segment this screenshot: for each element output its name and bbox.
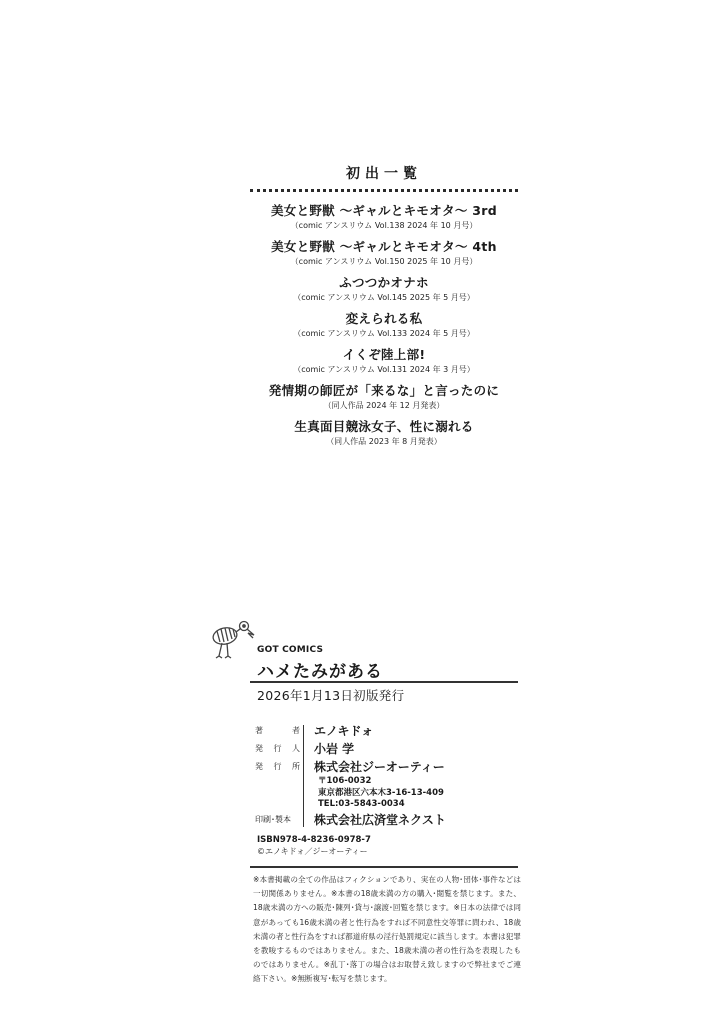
credit-row-author: 著 者 エノキドォ [255, 722, 525, 740]
label-char: 行 [274, 758, 282, 776]
entry-title: 美女と野獣 〜ギャルとキモオタ〜 3rd [250, 202, 518, 220]
bird-logo-icon [208, 618, 256, 666]
credit-label: 印刷･製本 [255, 811, 300, 829]
credit-row-printer: 印刷･製本 株式会社広済堂ネクスト [255, 811, 525, 829]
list-item: 変えられる私 （comic アンスリウム Vol.133 2024 年 5 月号… [250, 310, 518, 346]
entry-source: （同人作品 2023 年 8 月発表） [250, 436, 518, 447]
credit-row-publisher-person: 発 行 人 小岩 学 [255, 740, 525, 758]
list-item: 美女と野獣 〜ギャルとキモオタ〜 3rd （comic アンスリウム Vol.1… [250, 202, 518, 238]
credit-label: 発 行 所 [255, 758, 300, 776]
isbn: ISBN978-4-8236-0978-7 [257, 834, 371, 846]
first-appearance-list: 美女と野獣 〜ギャルとキモオタ〜 3rd （comic アンスリウム Vol.1… [250, 202, 518, 454]
address: 東京都港区六本木3-16-13-409 [255, 788, 525, 800]
imprint-label: GOT COMICS [257, 645, 323, 655]
label-char: 発 [255, 740, 263, 758]
telephone: TEL:03-5843-0034 [255, 799, 525, 811]
postal-code: 〒106-0032 [255, 776, 525, 788]
entry-source: （comic アンスリウム Vol.138 2024 年 10 月号） [250, 220, 518, 231]
entry-source: （同人作品 2024 年 12 月発表） [250, 400, 518, 411]
bottom-rule [250, 866, 518, 868]
entry-source: （comic アンスリウム Vol.133 2024 年 5 月号） [250, 328, 518, 339]
dotted-divider [250, 189, 518, 192]
entry-title: イくぞ陸上部! [250, 346, 518, 364]
label-char: 著 [255, 722, 263, 740]
author-name: エノキドォ [300, 722, 373, 740]
book-title: ハメたみがある [257, 657, 383, 682]
printer-name: 株式会社広済堂ネクスト [300, 811, 446, 829]
entry-title: 美女と野獣 〜ギャルとキモオタ〜 4th [250, 238, 518, 256]
entry-source: （comic アンスリウム Vol.145 2025 年 5 月号） [250, 292, 518, 303]
label-char: 行 [274, 740, 282, 758]
legal-notice: ※本書掲載の全ての作品はフィクションであり、実在の人物･団体･事件などは一切関係… [253, 873, 521, 987]
label-char: 発 [255, 758, 263, 776]
credit-label: 著 者 [255, 722, 300, 740]
credit-row-publisher: 発 行 所 株式会社ジーオーティー [255, 758, 525, 776]
copyright: ©エノキドォ／ジーオーティー [257, 846, 368, 858]
entry-source: （comic アンスリウム Vol.150 2025 年 10 月号） [250, 256, 518, 267]
publication-date: 2026年1月13日初版発行 [257, 686, 404, 704]
title-rule [250, 681, 518, 683]
entry-source: （comic アンスリウム Vol.131 2024 年 3 月号） [250, 364, 518, 375]
entry-title: 生真面目競泳女子、性に溺れる [250, 418, 518, 436]
entry-title: 発情期の師匠が「来るな」と言ったのに [250, 382, 518, 400]
list-item: ふつつかオナホ （comic アンスリウム Vol.145 2025 年 5 月… [250, 274, 518, 310]
list-item: イくぞ陸上部! （comic アンスリウム Vol.131 2024 年 3 月… [250, 346, 518, 382]
credits-table: 著 者 エノキドォ 発 行 人 小岩 学 発 行 所 株式会社ジーオーティー 〒… [255, 722, 525, 829]
label-char: 所 [292, 758, 300, 776]
entry-title: 変えられる私 [250, 310, 518, 328]
label-char: 者 [292, 722, 300, 740]
publisher-name: 株式会社ジーオーティー [300, 758, 445, 776]
entry-title: ふつつかオナホ [250, 274, 518, 292]
publisher-person: 小岩 学 [300, 740, 354, 758]
list-item: 美女と野獣 〜ギャルとキモオタ〜 4th （comic アンスリウム Vol.1… [250, 238, 518, 274]
credit-label: 発 行 人 [255, 740, 300, 758]
label-char: 人 [292, 740, 300, 758]
list-item: 発情期の師匠が「来るな」と言ったのに （同人作品 2024 年 12 月発表） [250, 382, 518, 418]
first-appearance-heading: 初出一覧 [250, 163, 518, 183]
list-item: 生真面目競泳女子、性に溺れる （同人作品 2023 年 8 月発表） [250, 418, 518, 454]
